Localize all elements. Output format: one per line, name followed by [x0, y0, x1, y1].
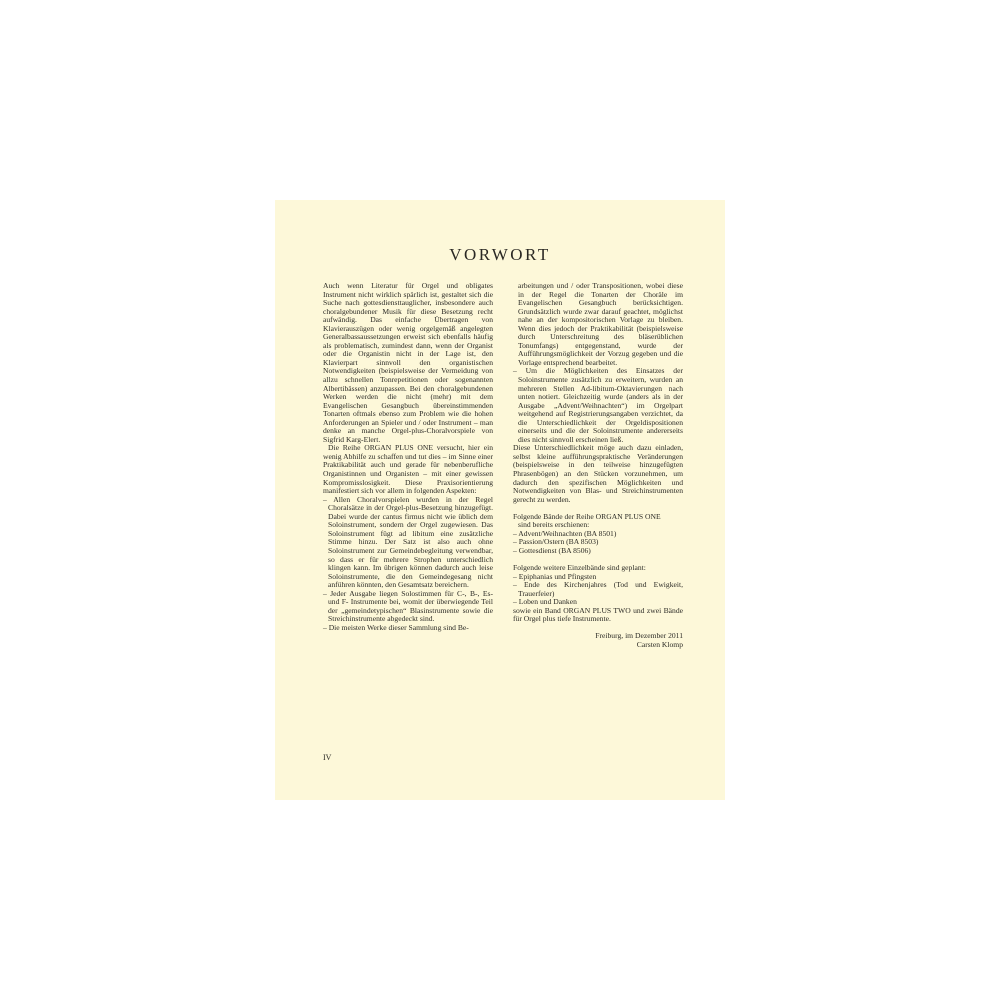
paragraph: arbeitungen und / oder Transpositionen, …: [513, 282, 683, 367]
signature-line: Carsten Klomp: [513, 641, 683, 650]
list-item: – Um die Möglichkeiten des Einsatzes der…: [513, 367, 683, 444]
list-item: – Allen Choralvorspielen wurden in der R…: [323, 496, 493, 590]
paragraph: sowie ein Band ORGAN PLUS TWO und zwei B…: [513, 607, 683, 624]
paragraph: Die Reihe ORGAN PLUS ONE versucht, hier …: [323, 444, 493, 495]
list-item: – Die meisten Werke dieser Sammlung sind…: [323, 624, 493, 633]
right-column: arbeitungen und / oder Transpositionen, …: [513, 282, 683, 649]
left-column: Auch wenn Literatur für Orgel und obliga…: [323, 282, 493, 632]
paragraph: Diese Unterschiedlichkeit möge auch dazu…: [513, 444, 683, 504]
page-title: VORWORT: [275, 245, 725, 265]
paragraph: – Gottesdienst (BA 8506): [513, 547, 683, 556]
paragraph: Auch wenn Literatur für Orgel und obliga…: [323, 282, 493, 444]
list-item: – Ende des Kirchenjahres (Tod und Ewigke…: [513, 581, 683, 598]
page-number: IV: [323, 753, 331, 762]
document-page: VORWORT Auch wenn Literatur für Orgel un…: [275, 200, 725, 800]
list-item: – Jeder Ausgabe liegen Solostimmen für C…: [323, 590, 493, 624]
